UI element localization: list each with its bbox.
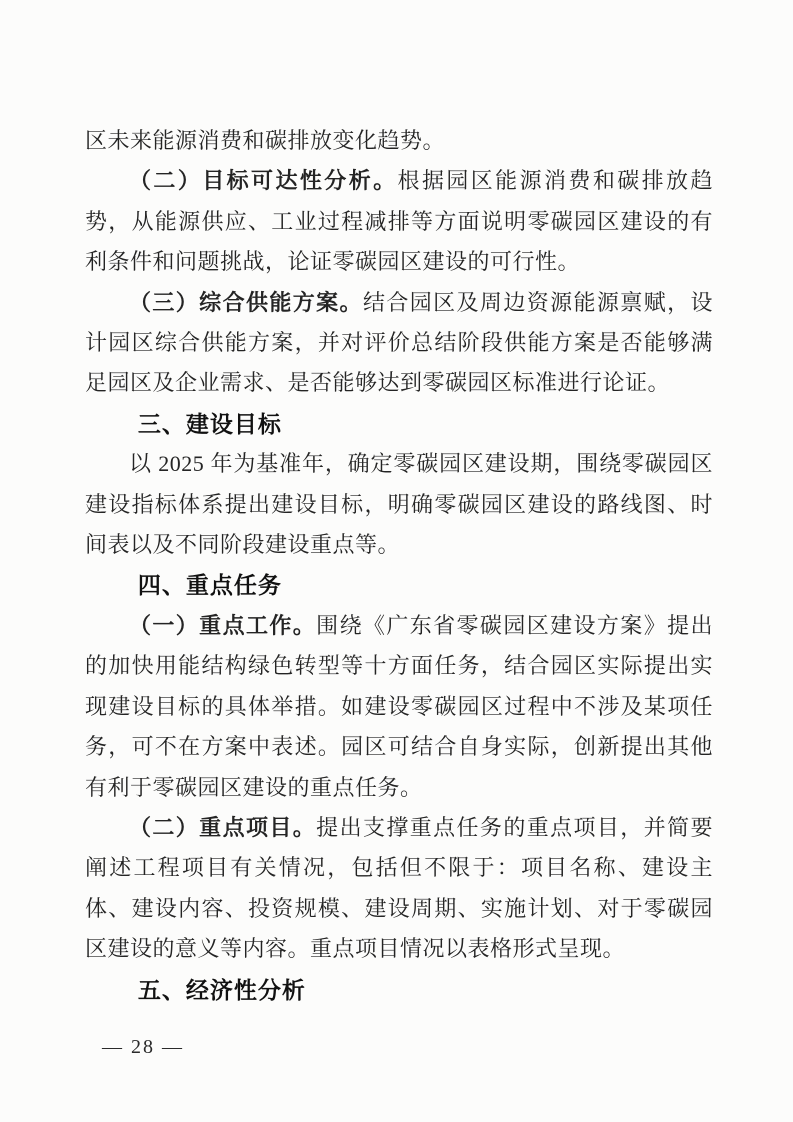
paragraph-lead: （三）综合供能方案。 [129,290,363,315]
document-page: 区未来能源消费和碳排放变化趋势。 （二）目标可达性分析。根据园区能源消费和碳排放… [0,0,793,1122]
paragraph-continuation: 区未来能源消费和碳排放变化趋势。 [85,121,713,161]
paragraph-energy-supply-plan: （三）综合供能方案。结合园区及周边资源能源禀赋，设计园区综合供能方案，并对评价总… [85,283,713,404]
paragraph-lead: （二）重点项目。 [129,815,316,840]
section-heading-economic-analysis: 五、经济性分析 [85,970,713,1010]
paragraph-key-work: （一）重点工作。围绕《广东省零碳园区建设方案》提出的加快用能结构绿色转型等十方面… [85,606,713,808]
paragraph-lead: （一）重点工作。 [129,613,316,638]
section-heading-key-tasks: 四、重点任务 [85,565,713,605]
section-heading-construction-goals: 三、建设目标 [85,404,713,444]
paragraph-text: 围绕《广东省零碳园区建设方案》提出的加快用能结构绿色转型等十方面任务，结合园区实… [85,613,713,800]
paragraph-baseline-year: 以 2025 年为基准年，确定零碳园区建设期，围绕零碳园区建设指标体系提出建设目… [85,444,713,565]
document-body: 区未来能源消费和碳排放变化趋势。 （二）目标可达性分析。根据园区能源消费和碳排放… [85,121,713,1010]
paragraph-target-reachability: （二）目标可达性分析。根据园区能源消费和碳排放趋势，从能源供应、工业过程减排等方… [85,161,713,282]
paragraph-key-projects: （二）重点项目。提出支撑重点任务的重点项目，并简要阐述工程项目有关情况，包括但不… [85,808,713,970]
paragraph-lead: （二）目标可达性分析。 [129,168,398,193]
page-number: — 28 — [102,1036,184,1059]
